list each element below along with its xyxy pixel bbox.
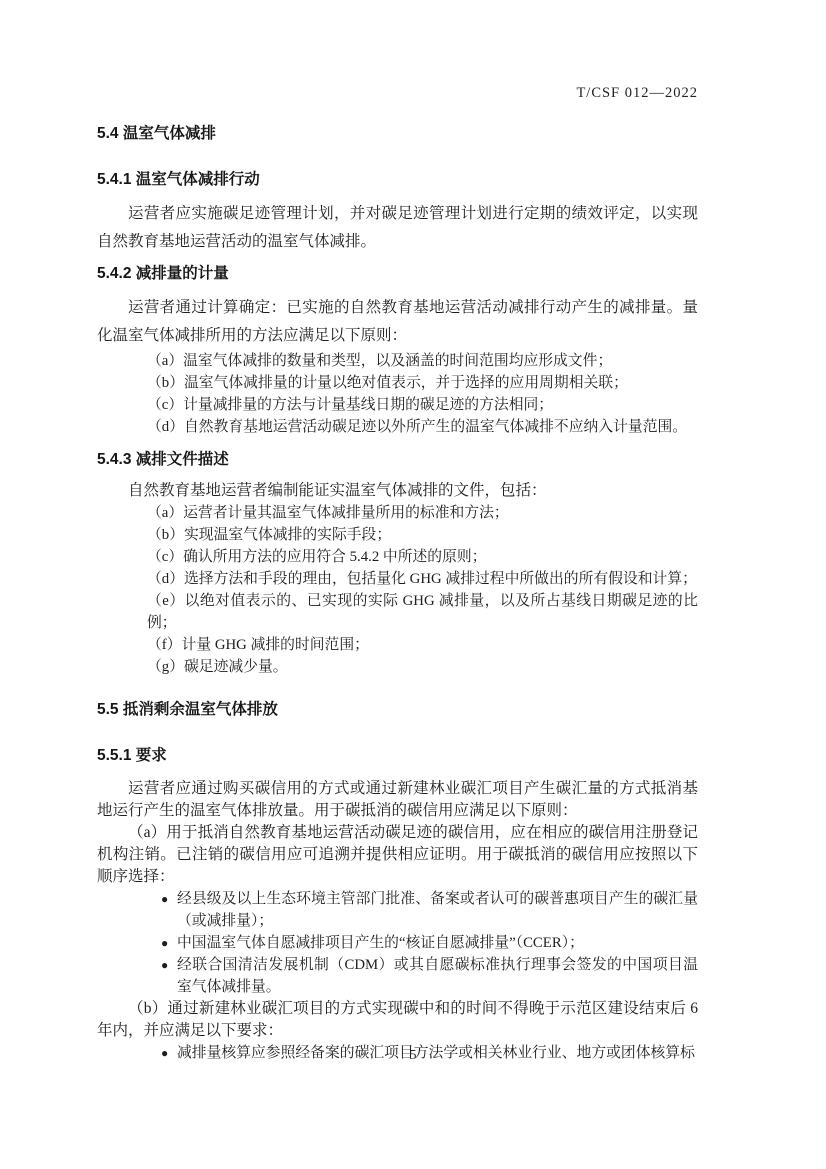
list-5-4-3: （a）运营者计量其温室气体减排量所用的标准和方法； （b）实现温室气体减排的实际… [97,502,698,678]
paragraph-5-4-2: 运营者通过计算确定：已实施的自然教育基地运营活动减排行动产生的减排量。量化温室气… [97,294,698,350]
bullet-item: ● 经联合国清洁发展机制（CDM）或其自愿碳标准执行理事会签发的中国项目温室气体… [97,954,698,998]
paragraph-5-4-1: 运营者应实施碳足迹管理计划，并对碳足迹管理计划进行定期的绩效评定，以实现自然教育… [97,200,698,256]
bullet-icon: ● [161,932,168,954]
page-content: T/CSF 012—2022 5.4 温室气体减排 5.4.1 温室气体减排行动… [97,0,698,1064]
heading-5-4-1: 5.4.1 温室气体减排行动 [97,170,698,190]
paragraph-5-5-1-a: （a）用于抵消自然教育基地运营活动碳足迹的碳信用，应在相应的碳信用注册登记机构注… [97,822,698,888]
heading-5-5-1: 5.5.1 要求 [97,746,698,766]
list-item-g: （g）碳足迹减少量。 [97,656,698,678]
document-page: T/CSF 012—2022 5.4 温室气体减排 5.4.1 温室气体减排行动… [0,0,826,1169]
paragraph-5-5-1-b: （b）通过新建林业碳汇项目的方式实现碳中和的时间不得晚于示范区建设结束后 6年内… [97,998,698,1042]
list-item-b: （b）实现温室气体减排的实际手段； [97,524,698,546]
list-item-e: （e）以绝对值表示的、已实现的实际 GHG 减排量，以及所占基线日期碳足迹的比例… [97,590,698,634]
list-item-a: （a）运营者计量其温室气体减排量所用的标准和方法； [97,502,698,524]
bullet-icon: ● [161,888,168,910]
paragraph-5-5-1: 运营者应通过购买碳信用的方式或通过新建林业碳汇项目产生碳汇量的方式抵消基地运行产… [97,778,698,822]
list-item-a: （a）温室气体减排的数量和类型，以及涵盖的时间范围均应形成文件； [97,350,698,372]
bullet-text: 经联合国清洁发展机制（CDM）或其自愿碳标准执行理事会签发的中国项目温室气体减排… [177,957,698,995]
bullet-text: 经县级及以上生态环境主管部门批准、备案或者认可的碳普惠项目产生的碳汇量（或减排量… [177,891,698,929]
running-header: T/CSF 012—2022 [97,0,698,102]
list-item-d: （d）选择方法和手段的理由，包括量化 GHG 减排过程中所做出的所有假设和计算； [97,568,698,590]
heading-5-4-2: 5.4.2 减排量的计量 [97,264,698,284]
list-item-b: （b）温室气体减排量的计量以绝对值表示，并于选择的应用周期相关联； [97,372,698,394]
page-number: 5 [0,1048,826,1064]
heading-5-5: 5.5 抵消剩余温室气体排放 [97,700,698,720]
list-item-d: （d）自然教育基地运营活动碳足迹以外所产生的温室气体减排不应纳入计量范围。 [97,416,698,438]
bullet-text: 中国温室气体自愿减排项目产生的“核证自愿减排量”（CCER）； [177,935,584,951]
bullet-list-a: ● 经县级及以上生态环境主管部门批准、备案或者认可的碳普惠项目产生的碳汇量（或减… [97,888,698,998]
standard-number: T/CSF 012—2022 [576,85,698,101]
bullet-item: ● 经县级及以上生态环境主管部门批准、备案或者认可的碳普惠项目产生的碳汇量（或减… [97,888,698,932]
list-item-f: （f）计量 GHG 减排的时间范围； [97,634,698,656]
paragraph-5-4-3: 自然教育基地运营者编制能证实温室气体减排的文件，包括： [97,480,698,502]
list-item-c: （c）确认所用方法的应用符合 5.4.2 中所述的原则； [97,546,698,568]
list-item-c: （c）计量减排量的方法与计量基线日期的碳足迹的方法相同； [97,394,698,416]
bullet-icon: ● [161,954,168,976]
list-5-4-2: （a）温室气体减排的数量和类型，以及涵盖的时间范围均应形成文件； （b）温室气体… [97,350,698,438]
heading-5-4: 5.4 温室气体减排 [97,124,698,144]
heading-5-4-3: 5.4.3 减排文件描述 [97,450,698,470]
bullet-item: ● 中国温室气体自愿减排项目产生的“核证自愿减排量”（CCER）； [97,932,698,954]
